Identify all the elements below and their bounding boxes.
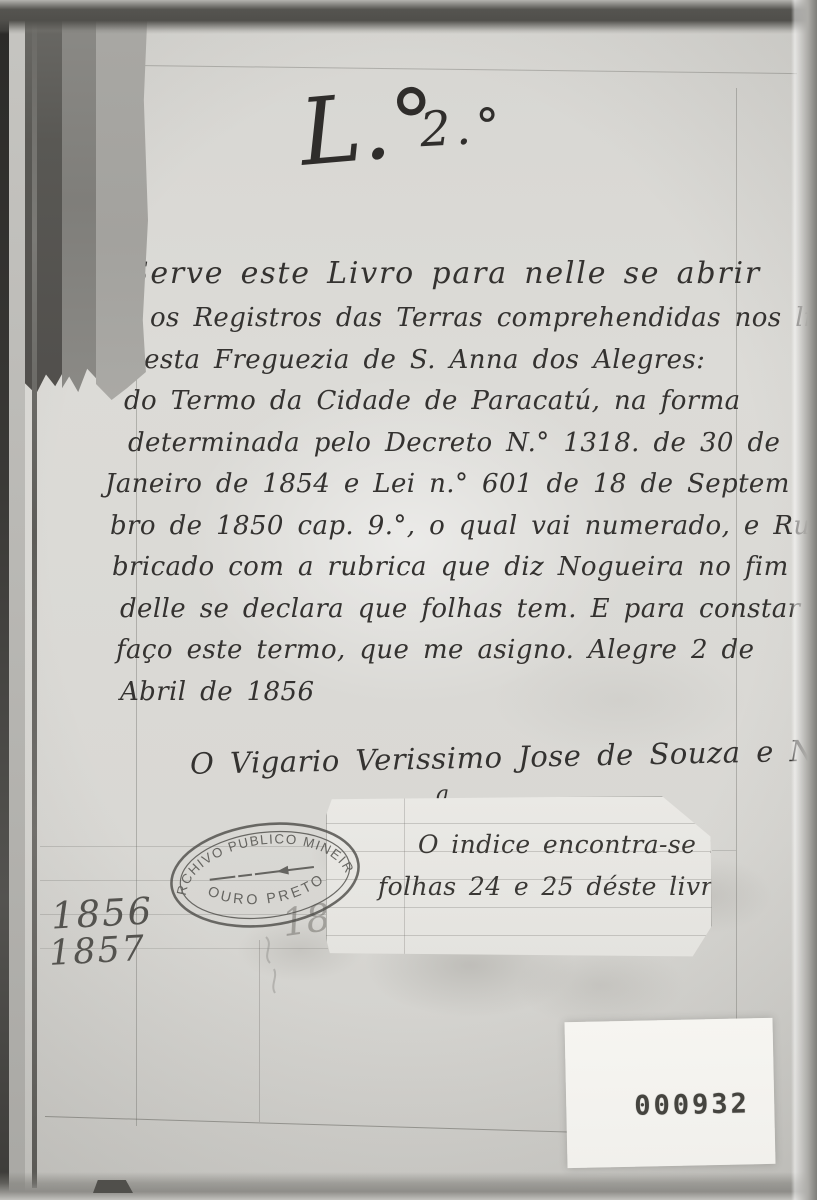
manuscript-line: faço este termo, que me asigno. Alegre 2… (116, 630, 746, 672)
index-note-line: O indice encontra-se nas (418, 830, 754, 859)
page-right-edge (791, 0, 817, 1200)
index-note-slip: O indice encontra-se nas folhas 24 e 25 … (326, 796, 712, 958)
stamp-arrow-icon (276, 866, 289, 876)
manuscript-line: do Termo da Cidade de Paracatú, na forma (124, 381, 746, 423)
pencil-year: 1857 (48, 928, 156, 974)
page-fold-crease (32, 0, 37, 1188)
manuscript-line: os Registros das Terras comprehendidas n… (150, 298, 746, 340)
manuscript-line: Janeiro de 1854 e Lei n.° 601 de 18 de S… (105, 464, 746, 506)
archive-oval-stamp: ARCHIVO PUBLICO MINEIRO OURO PRETO (160, 804, 371, 945)
book-number-value: 2.° (419, 98, 507, 158)
pencil-years: 1856 1857 (50, 889, 156, 973)
archive-number-label: 000932 (564, 1018, 775, 1168)
scanned-document: L.° 2.° Serve este Livro para nelle se a… (0, 0, 817, 1200)
scan-top-edge (0, 0, 817, 34)
svg-text:OURO PRETO: OURO PRETO (204, 869, 331, 914)
torn-tape-light-strip (96, 0, 148, 400)
stamp-text-bottom: OURO PRETO (204, 869, 331, 914)
spine-paper-sliver (9, 0, 25, 1200)
manuscript-body: Serve este Livro para nelle se abrir os … (128, 250, 746, 713)
torn-tape-mid-strip (62, 6, 98, 396)
torn-tape-dark-strip (24, 6, 64, 398)
stamp-center-line (210, 867, 314, 880)
archive-number: 000932 (634, 1088, 750, 1121)
book-spine-edge (0, 0, 9, 1200)
manuscript-line: delle se declara que folhas tem. E para … (120, 589, 746, 631)
pencil-scribble (260, 935, 290, 995)
vicar-signature: O Vigario Verissimo Jose de Souza e N.° (190, 733, 817, 781)
manuscript-line: bricado com a rubrica que diz Nogueira n… (112, 547, 746, 589)
index-note-line: folhas 24 e 25 déste livro. (378, 872, 736, 901)
manuscript-line: Abril de 1856 (120, 672, 746, 714)
manuscript-line: Serve este Livro para nelle se abrir (128, 250, 746, 298)
manuscript-line: bro de 1850 cap. 9.°, o qual vai numerad… (110, 506, 746, 548)
manuscript-line: determinada pelo Decreto N.° 1318. de 30… (128, 423, 746, 465)
ruled-line-segment (712, 850, 736, 851)
manuscript-line: tes desta Freguezia de S. Anna dos Alegr… (73, 340, 746, 382)
